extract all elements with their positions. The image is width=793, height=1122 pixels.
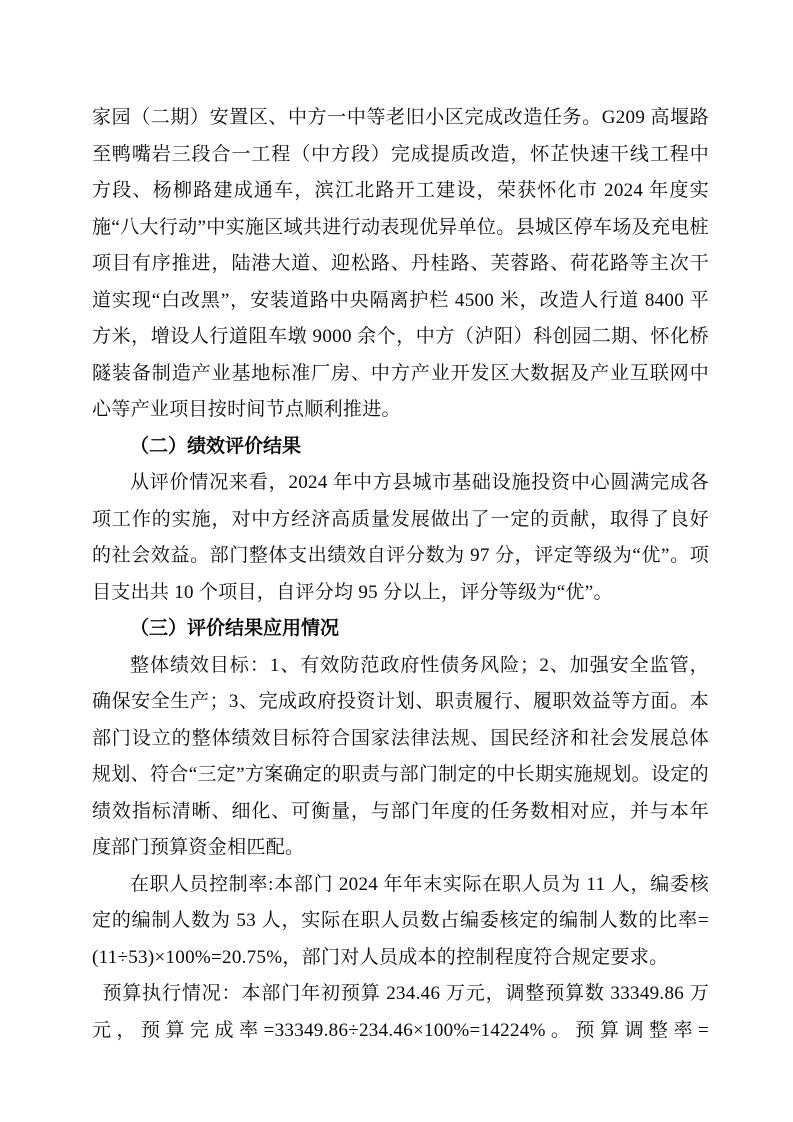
section-heading-performance-evaluation-results: （二）绩效评价结果	[92, 429, 709, 466]
document-page: 家园（二期）安置区、中方一中等老旧小区完成改造任务。G209 高堰路至鸭嘴岩三段…	[0, 0, 793, 1122]
section-heading-result-application: （三）评价结果应用情况	[92, 611, 709, 648]
paragraph-evaluation-results: 从评价情况来看，2024 年中方县城市基础设施投资中心圆满完成各项工作的实施，对…	[92, 465, 709, 611]
paragraph-overall-performance-goals: 整体绩效目标：1、有效防范政府性债务风险；2、加强安全监管，确保安全生产；3、完…	[92, 648, 709, 867]
paragraph-staff-control-rate: 在职人员控制率:本部门 2024 年年末实际在职人员为 11 人，编委核定的编制…	[92, 867, 709, 977]
paragraph-budget-execution: 预算执行情况：本部门年初预算 234.46 万元，调整预算数 33349.86 …	[92, 976, 709, 1049]
paragraph-old-district-projects: 家园（二期）安置区、中方一中等老旧小区完成改造任务。G209 高堰路至鸭嘴岩三段…	[92, 100, 709, 429]
